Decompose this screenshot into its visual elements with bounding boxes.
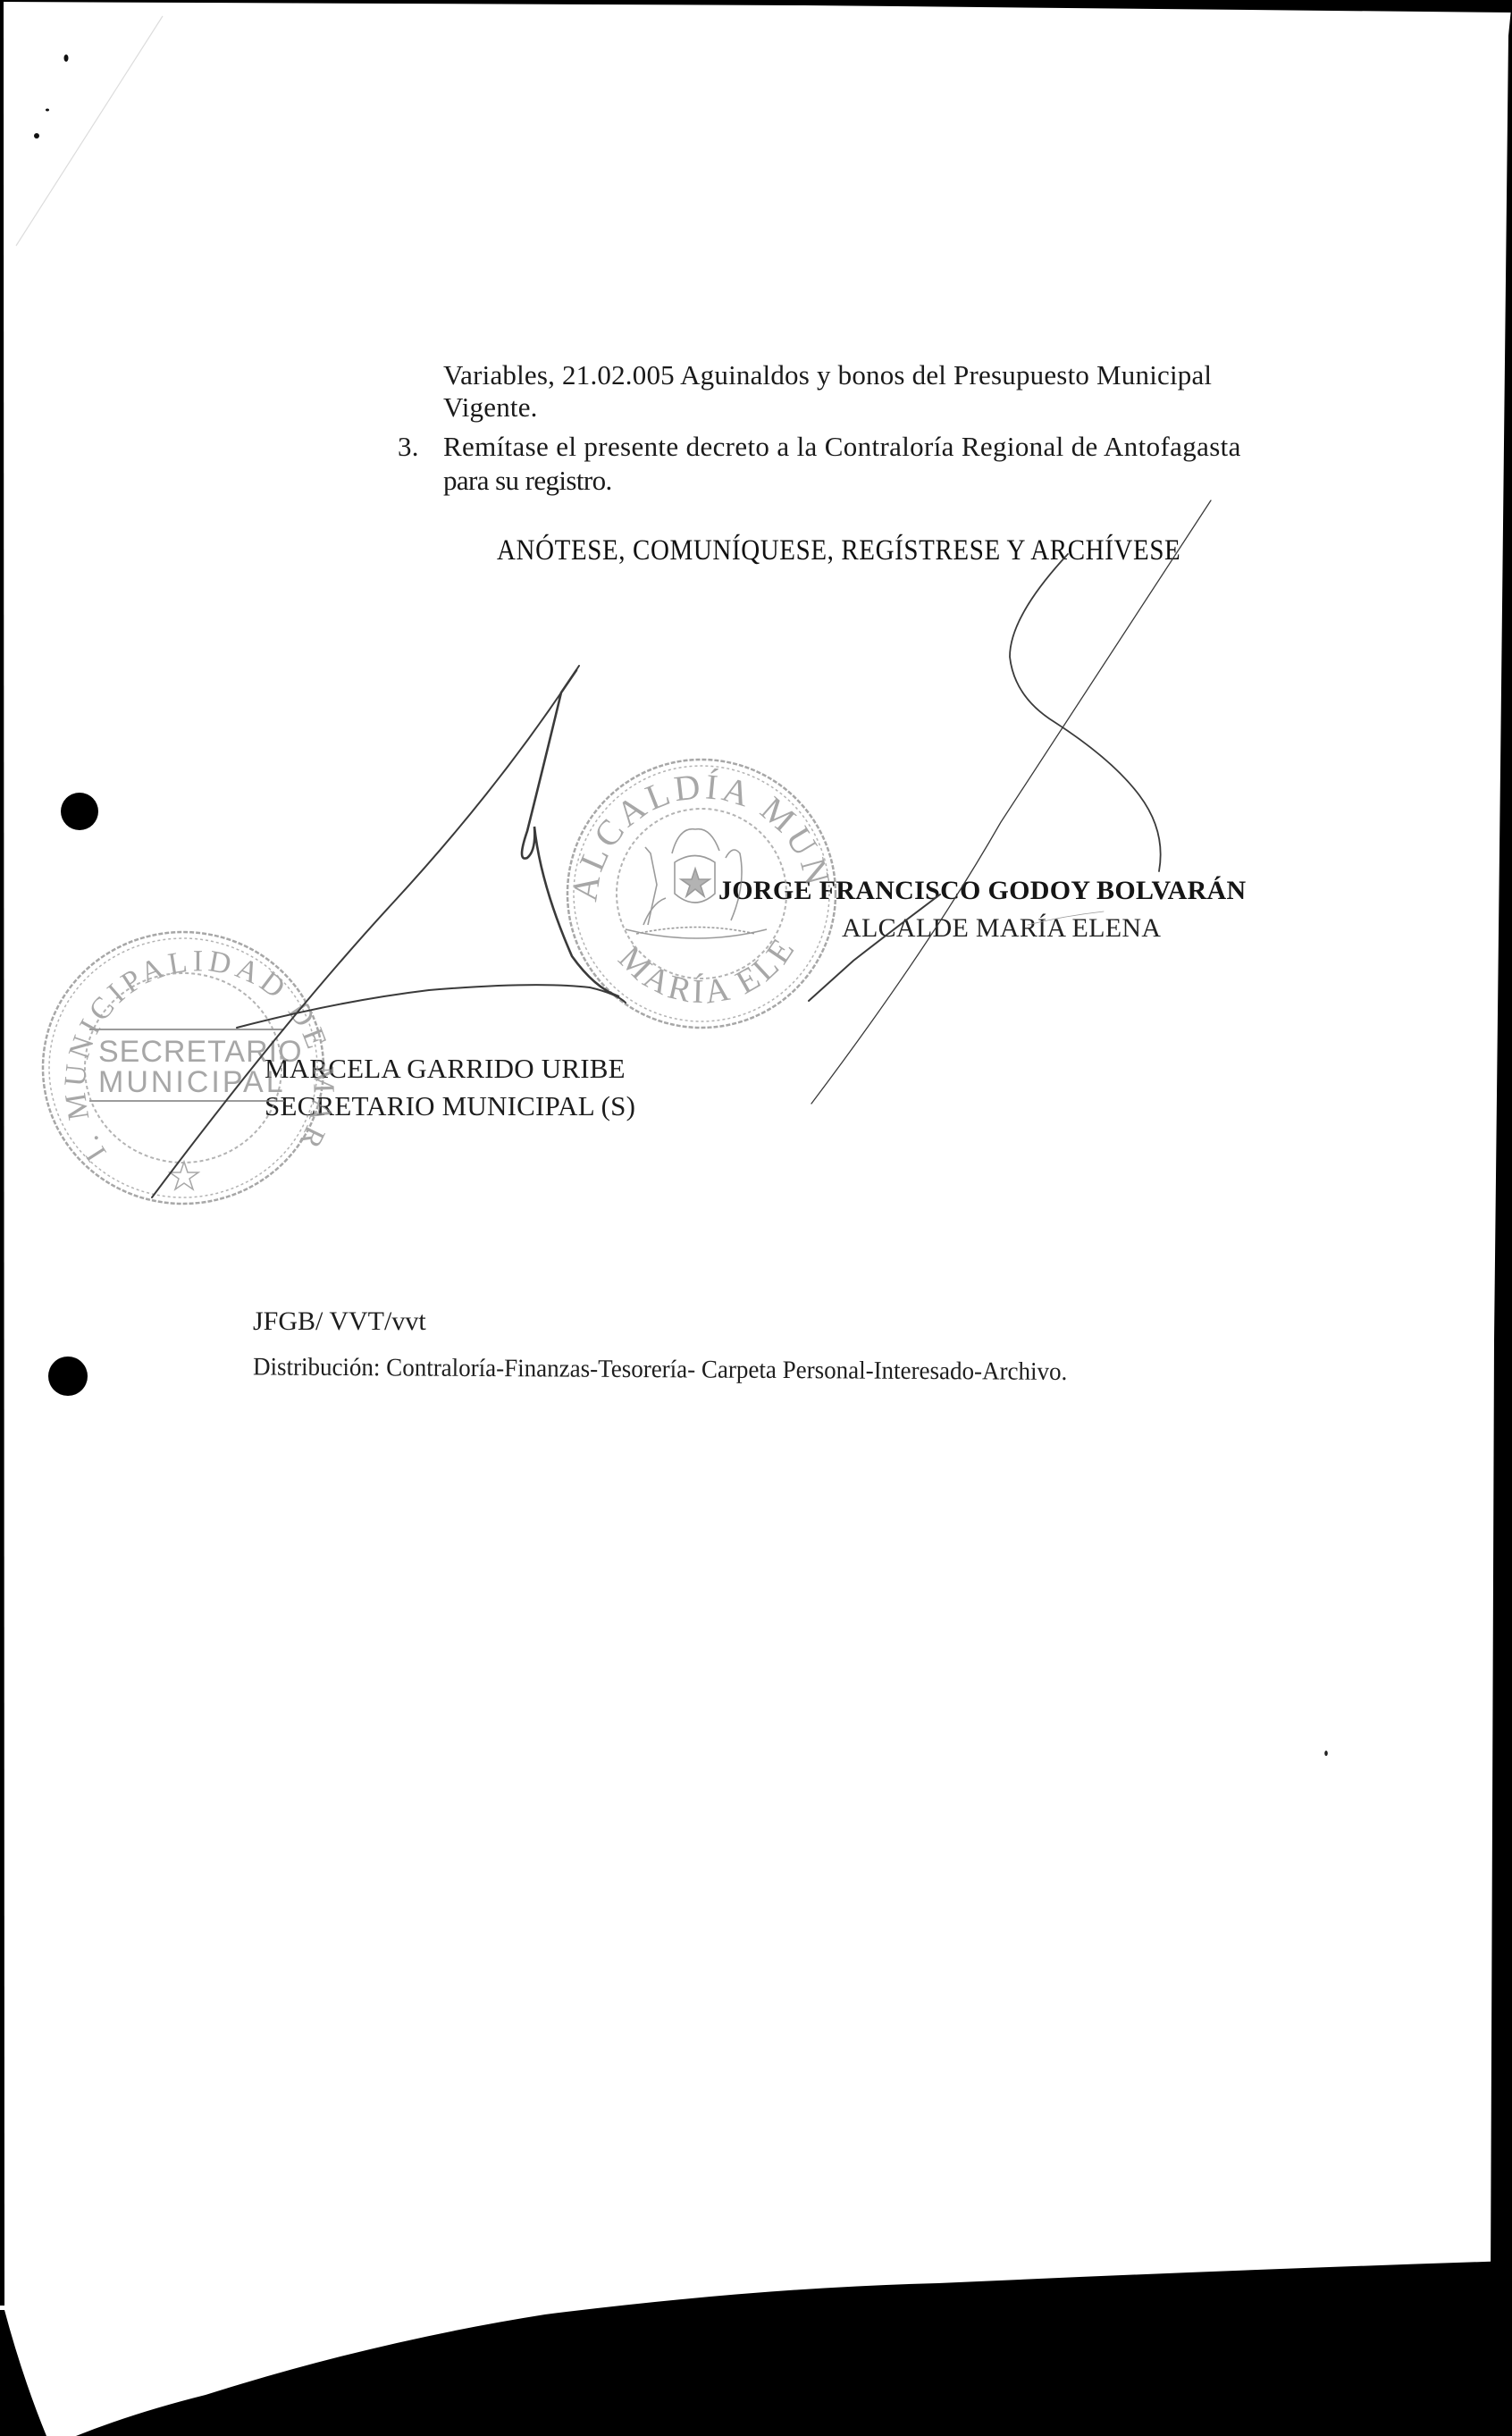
hole-punch-bottom <box>48 1357 88 1396</box>
reference-initials: JFGB/ VVT/vvt <box>253 1306 426 1337</box>
body-continuation-line-1: Variables, 21.02.005 Aguinaldos y bonos … <box>443 359 1212 391</box>
list-item-number-3: 3. <box>398 431 419 463</box>
secretary-stamp: I. MUNICIPALIDAD DE MARÍA ELENA SECRETAR… <box>0 0 340 1204</box>
closing-formula-heading: ANÓTESE, COMUNÍQUESE, REGÍSTRESE Y ARCHÍ… <box>497 534 1180 567</box>
distribution-list: Distribución: Contraloría-Finanzas-Tesor… <box>253 1352 1067 1386</box>
hole-punch-top <box>61 793 98 830</box>
list-item-3-line-1: Remítase el presente decreto a la Contra… <box>443 431 1241 463</box>
mayor-title: ALCALDE MARÍA ELENA <box>842 913 1161 944</box>
mayor-name: JORGE FRANCISCO GODOY BOLVARÁN <box>718 876 1246 906</box>
mayor-stamp: ALCALDÍA MUNICIPAL MARÍA ELENA <box>0 0 839 1028</box>
secretary-title: SECRETARIO MUNICIPAL (S) <box>265 1090 635 1122</box>
secretary-stamp-ring-text: I. MUNICIPALIDAD DE MARÍA ELENA <box>0 0 340 1167</box>
secretary-name: MARCELA GARRIDO URIBE <box>265 1053 626 1085</box>
secretary-stamp-line-2: MUNICIPAL <box>98 1065 286 1099</box>
mayor-signature <box>809 500 1211 1104</box>
mayor-stamp-bottom-text: MARÍA ELENA <box>0 0 803 1012</box>
scanned-document-page: Variables, 21.02.005 Aguinaldos y bonos … <box>0 0 1512 2436</box>
body-continuation-line-2: Vigente. <box>443 391 538 424</box>
list-item-3-line-2: para su registro. <box>443 465 612 497</box>
star-icon <box>170 1162 198 1189</box>
